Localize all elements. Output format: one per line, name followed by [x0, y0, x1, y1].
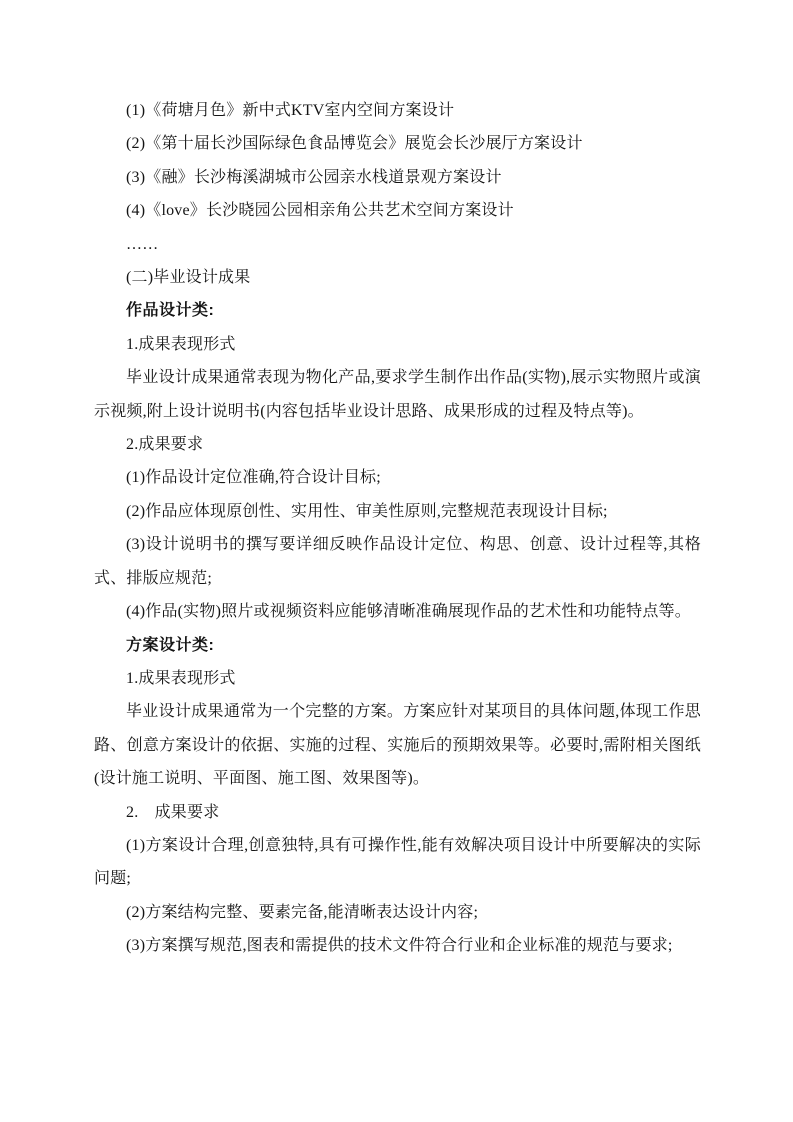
ellipsis-line: …… — [94, 228, 701, 261]
subheading-result-form-2: 1.成果表现形式 — [94, 662, 701, 695]
body-paragraph-work-design-form: 毕业设计成果通常表现为物化产品,要求学生制作出作品(实物),展示实物照片或演示视… — [94, 361, 701, 428]
category-heading-work-design: 作品设计类: — [94, 294, 701, 327]
numbered-item-1: (1)《荷塘月色》新中式KTV室内空间方案设计 — [94, 94, 701, 127]
requirement-item-1-1: (1)作品设计定位准确,符合设计目标; — [94, 461, 701, 494]
category-heading-scheme-design: 方案设计类: — [94, 629, 701, 662]
numbered-item-4: (4)《love》长沙晓园公园相亲角公共艺术空间方案设计 — [94, 194, 701, 227]
requirement-item-2-1: (1)方案设计合理,创意独特,具有可操作性,能有效解决项目设计中所要解决的实际问… — [94, 829, 701, 896]
document-body: (1)《荷塘月色》新中式KTV室内空间方案设计 (2)《第十届长沙国际绿色食品博… — [94, 94, 701, 963]
requirement-item-1-2: (2)作品应体现原创性、实用性、审美性原则,完整规范表现设计目标; — [94, 495, 701, 528]
section-heading-graduation-design-results: (二)毕业设计成果 — [94, 261, 701, 294]
subheading-result-requirements-2: 2. 成果要求 — [94, 796, 701, 829]
requirement-item-1-4: (4)作品(实物)照片或视频资料应能够清晰准确展现作品的艺术性和功能特点等。 — [94, 595, 701, 628]
requirement-item-2-3: (3)方案撰写规范,图表和需提供的技术文件符合行业和企业标准的规范与要求; — [94, 929, 701, 962]
numbered-item-2: (2)《第十届长沙国际绿色食品博览会》展览会长沙展厅方案设计 — [94, 127, 701, 160]
numbered-item-3: (3)《融》长沙梅溪湖城市公园亲水栈道景观方案设计 — [94, 161, 701, 194]
requirement-item-2-2: (2)方案结构完整、要素完备,能清晰表达设计内容; — [94, 896, 701, 929]
document-page: (1)《荷塘月色》新中式KTV室内空间方案设计 (2)《第十届长沙国际绿色食品博… — [0, 0, 793, 1122]
subheading-result-requirements-1: 2.成果要求 — [94, 428, 701, 461]
subheading-result-form-1: 1.成果表现形式 — [94, 328, 701, 361]
requirement-item-1-3: (3)设计说明书的撰写要详细反映作品设计定位、构思、创意、设计过程等,其格式、排… — [94, 528, 701, 595]
body-paragraph-scheme-design-form: 毕业设计成果通常为一个完整的方案。方案应针对某项目的具体问题,体现工作思路、创意… — [94, 695, 701, 795]
